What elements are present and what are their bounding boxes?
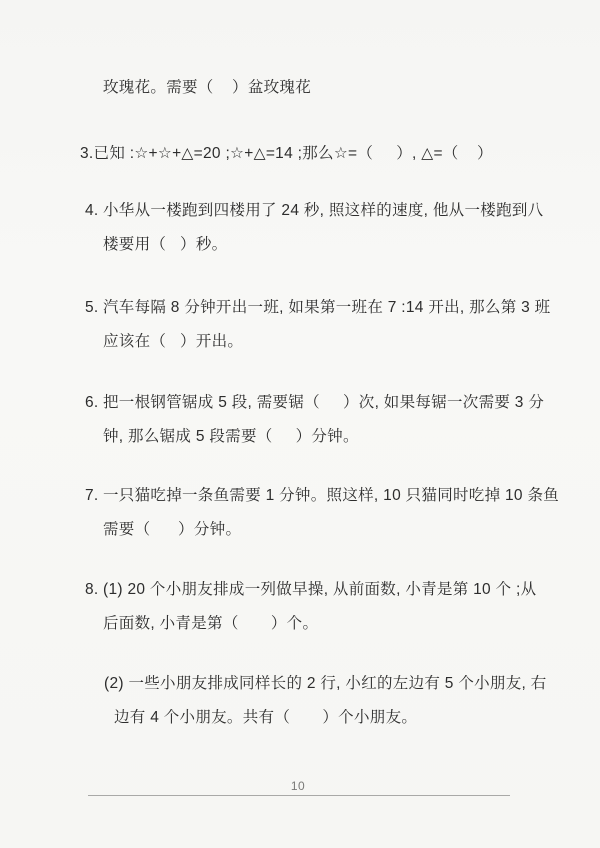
problem-block: (2) 一些小朋友排成同样长的 2 行, 小红的左边有 5 个小朋友, 右边有 …: [104, 667, 554, 735]
problem-block: 4.小华从一楼跑到四楼用了 24 秒, 照这样的速度, 他从一楼跑到八楼要用（ …: [103, 194, 553, 262]
problem-block: 玫瑰花。需要（ ）盆玫瑰花: [103, 71, 553, 105]
problem-line: 小华从一楼跑到四楼用了 24 秒, 照这样的速度, 他从一楼跑到八: [103, 194, 553, 228]
problem-number: 8.: [85, 573, 99, 607]
problem-line: 需要（ ）分钟。: [103, 513, 553, 547]
footer-divider: [88, 795, 510, 796]
problem-line: (1) 20 个小朋友排成一列做早操, 从前面数, 小青是第 10 个 ;从: [103, 573, 553, 607]
problem-block: 8.(1) 20 个小朋友排成一列做早操, 从前面数, 小青是第 10 个 ;从…: [103, 573, 553, 641]
problem-line: 汽车每隔 8 分钟开出一班, 如果第一班在 7 :14 开出, 那么第 3 班: [103, 291, 553, 325]
problem-line: 后面数, 小青是第（ ）个。: [103, 607, 553, 641]
problem-line: 把一根钢管锯成 5 段, 需要锯（ ）次, 如果每锯一次需要 3 分: [103, 386, 553, 420]
problem-number: 7.: [85, 479, 99, 513]
page-number: 10: [282, 779, 314, 793]
problem-block: 5.汽车每隔 8 分钟开出一班, 如果第一班在 7 :14 开出, 那么第 3 …: [103, 291, 553, 359]
problem-line: (2) 一些小朋友排成同样长的 2 行, 小红的左边有 5 个小朋友, 右: [104, 667, 554, 701]
problem-number: 4.: [85, 194, 99, 228]
problem-line: 一只猫吃掉一条鱼需要 1 分钟。照这样, 10 只猫同时吃掉 10 条鱼: [103, 479, 553, 513]
problem-line: 3.已知 :☆+☆+△=20 ;☆+△=14 ;那么☆=（ ）, △=（ ）: [80, 137, 530, 171]
problem-number: 6.: [85, 386, 99, 420]
problem-line: 边有 4 个小朋友。共有（ ）个小朋友。: [104, 701, 554, 735]
problem-number: 5.: [85, 291, 99, 325]
problem-block: 6.把一根钢管锯成 5 段, 需要锯（ ）次, 如果每锯一次需要 3 分钟, 那…: [103, 386, 553, 454]
problem-line: 玫瑰花。需要（ ）盆玫瑰花: [103, 71, 553, 105]
problem-block: 7.一只猫吃掉一条鱼需要 1 分钟。照这样, 10 只猫同时吃掉 10 条鱼需要…: [103, 479, 553, 547]
problem-line: 楼要用（ ）秒。: [103, 228, 553, 262]
worksheet-page: 玫瑰花。需要（ ）盆玫瑰花3.已知 :☆+☆+△=20 ;☆+△=14 ;那么☆…: [0, 0, 600, 848]
problem-line: 应该在（ ）开出。: [103, 325, 553, 359]
problem-line: 钟, 那么锯成 5 段需要（ ）分钟。: [103, 420, 553, 454]
problem-block: 3.已知 :☆+☆+△=20 ;☆+△=14 ;那么☆=（ ）, △=（ ）: [80, 137, 530, 171]
